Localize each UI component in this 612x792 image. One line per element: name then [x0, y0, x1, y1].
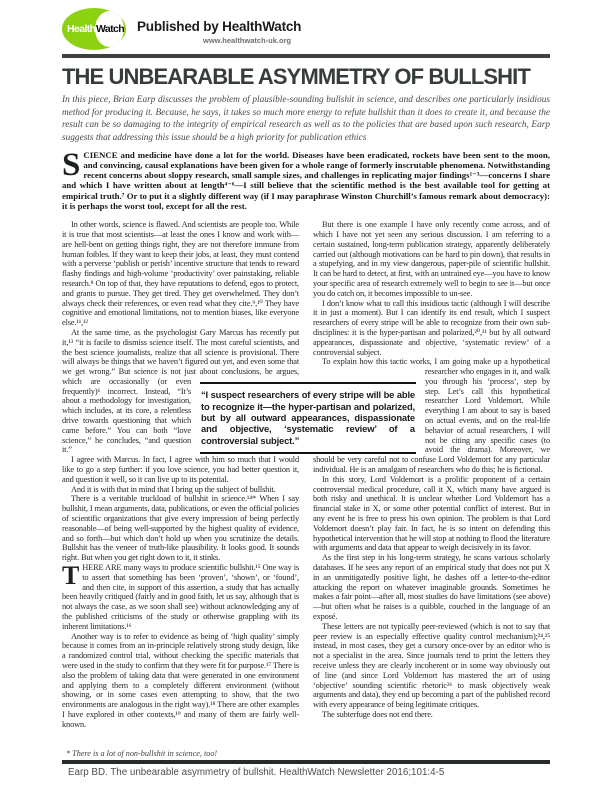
page-header: Health Watch Published by HealthWatch ww…: [62, 8, 550, 54]
intro-text: CIENCE and medicine have done a lot for …: [62, 150, 550, 211]
intro-paragraph: SCIENCE and medicine have done a lot for…: [62, 150, 550, 212]
paragraph: In other words, science is flawed. And s…: [62, 220, 299, 328]
right-column: But there is one example I have only rec…: [313, 220, 550, 754]
citation-footer: Earp BD. The unbearable asymmetry of bul…: [68, 767, 444, 779]
header-rule: [62, 54, 550, 58]
dropcap-s: S: [62, 150, 83, 178]
dropcap-t: T: [62, 563, 82, 586]
page-content: Health Watch Published by HealthWatch ww…: [0, 0, 612, 754]
paragraph: The subterfuge does not end there.: [313, 710, 550, 720]
healthwatch-logo: Health Watch: [62, 8, 126, 50]
two-column-body: In other words, science is flawed. And s…: [62, 220, 550, 754]
logo-text-health: Health: [67, 24, 96, 35]
paragraph-text: HERE ARE many ways to produce scientific…: [62, 563, 299, 631]
footnote: * There is a lot of non-bullshit in scie…: [66, 749, 217, 759]
left-column: In other words, science is flawed. And s…: [62, 220, 299, 754]
paragraph: THERE ARE many ways to produce scientifi…: [62, 563, 299, 632]
footer-rule: [62, 760, 550, 764]
publisher-block: Published by HealthWatch www.healthwatch…: [137, 8, 301, 46]
paragraph: As the first step in his long-term strat…: [313, 553, 550, 622]
page-title: THE UNBEARABLE ASYMMETRY OF BULLSHIT: [62, 65, 550, 89]
published-by-text: Published by HealthWatch: [137, 19, 301, 35]
paragraph: But there is one example I have only rec…: [313, 220, 550, 298]
newsletter-page: Health Watch Published by HealthWatch ww…: [0, 0, 612, 792]
paragraph: I don’t know what to call this insidious…: [313, 299, 550, 358]
paragraph: These letters are not typically peer-rev…: [313, 622, 550, 710]
paragraph-text: To explain how this tactic works, I am g…: [322, 357, 550, 366]
paragraph: In this story, Lord Voldemort is a proli…: [313, 475, 550, 553]
logo-text-watch: Watch: [96, 24, 124, 35]
article-lede: In this piece, Brian Earp discusses the …: [62, 94, 550, 144]
paragraph: And it is with that in mind that I bring…: [62, 485, 299, 495]
pull-quote: “I suspect researchers of every stripe w…: [200, 382, 416, 454]
paragraph: I agree with Marcus. In fact, I agree wi…: [62, 455, 299, 484]
paragraph: Another way is to refer to evidence as b…: [62, 632, 299, 730]
footer-area: * There is a lot of non-bullshit in scie…: [0, 744, 612, 792]
website-url: www.healthwatch-uk.org: [203, 35, 301, 46]
paragraph: There is a veritable truckload of bullsh…: [62, 494, 299, 563]
